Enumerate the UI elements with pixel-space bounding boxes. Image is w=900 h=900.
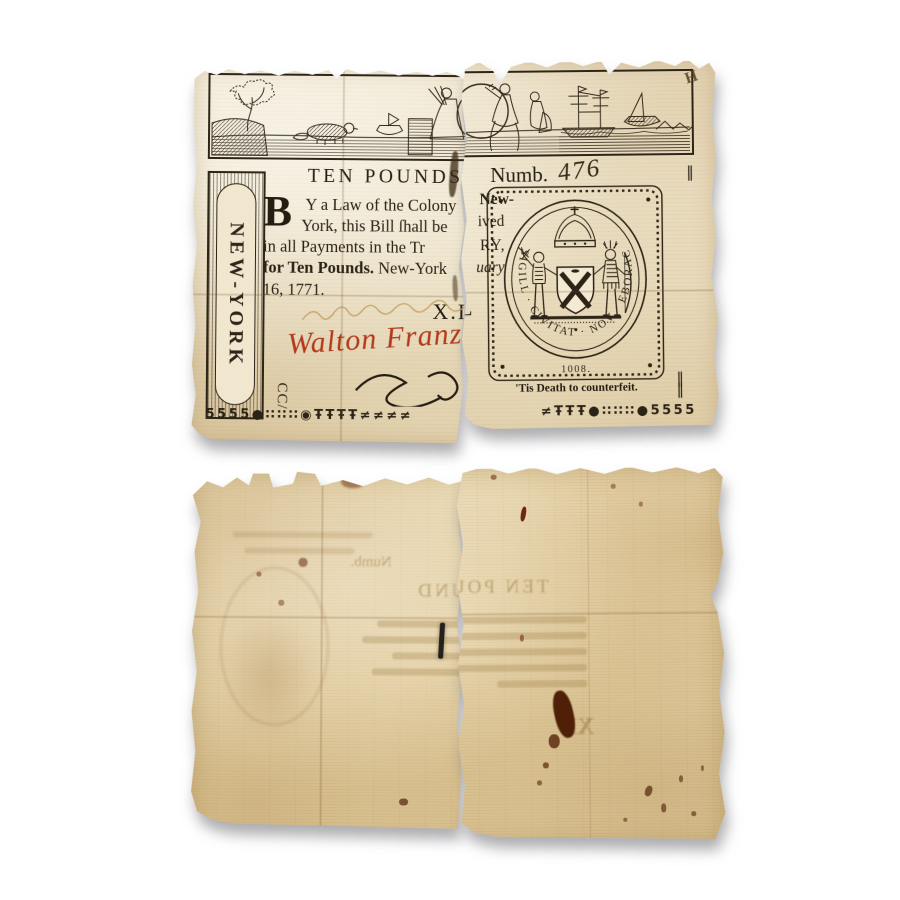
stain: [679, 775, 683, 782]
body-line: for Ten Pounds. New-York: [263, 257, 447, 279]
front-right-fragment: NEW-YORK TEN POUNDS Numb. 476 ‖ B Y a La…: [459, 57, 719, 432]
vignette-engraving: [459, 71, 692, 158]
stain: [278, 600, 284, 606]
body-line-fraktur: for Ten Pounds.: [263, 257, 374, 277]
ghost-text-bar: [455, 616, 587, 625]
stain: [221, 611, 317, 742]
stain: [299, 558, 308, 567]
divider-mark: ‖ ‖: [676, 373, 684, 395]
stain: [701, 765, 704, 771]
numb-label: Numb.: [490, 162, 548, 187]
back-paper-surface: Numb. TEN POUND XL: [191, 471, 463, 829]
vignette-frame: [459, 69, 694, 160]
ornament-left: 5555●∷∷∷◉ŦŦŦŦ≠≠≠≠: [206, 407, 414, 424]
front-paper-surface: NEW-YORK TEN POUNDS Numb. 476 ‖ B Y a La…: [459, 61, 719, 432]
ghost-text-bar: [455, 664, 588, 673]
serial-number: 476: [556, 154, 603, 188]
drop-cap: B: [263, 192, 292, 232]
seal: SIGILL · CIVITAT · NOV · EBORAC: [484, 183, 666, 383]
stain: [643, 785, 653, 798]
body-line-rest: New-York: [374, 258, 447, 278]
stain: [520, 635, 524, 642]
counterfeit-warning: 'Tis Death to counterfeit.: [482, 381, 670, 395]
ghost-text-bar: [455, 648, 587, 657]
vignette-engraving: [210, 75, 467, 161]
stain: [491, 475, 497, 480]
divider-mark-glyph: ‖: [676, 380, 684, 398]
stain: [623, 818, 627, 822]
seal-number: 1008.: [561, 364, 591, 375]
stain: [611, 484, 616, 489]
ghost-text-bar: [377, 620, 463, 628]
stain: [543, 762, 549, 768]
ghost-text-bar: [233, 531, 373, 538]
divider-mark: ‖: [686, 163, 694, 181]
countersign: CC/: [273, 382, 290, 409]
stain: [691, 811, 696, 816]
stain: [520, 506, 527, 522]
stain: [256, 572, 261, 577]
ghost-title: TEN POUND: [455, 576, 622, 600]
note-title: TEN POUNDS: [459, 163, 480, 187]
ghost-text-bar: [497, 680, 587, 688]
stain: [639, 502, 643, 507]
front-left-fragment-shadow: NEW-YORK TEN POUNDS Numb. 476 ‖ B Y a La…: [191, 65, 466, 443]
front-right-fragment-shadow: NEW-YORK TEN POUNDS Numb. 476 ‖ B Y a La…: [459, 57, 719, 432]
back-left-fragment-shadow: Numb. TEN POUND XL: [191, 471, 463, 829]
back-paper-surface: Numb. TEN POUND XL: [455, 467, 726, 841]
banknote-front: NEW-YORK TEN POUNDS Numb. 476 ‖ B Y a La…: [193, 56, 719, 452]
body-line: Y a Law of the Colony: [305, 195, 456, 216]
dark-signature-flourish: [350, 362, 467, 407]
product-photo: NEW-YORK TEN POUNDS Numb. 476 ‖ B Y a La…: [0, 0, 900, 900]
ghost-text-bar: [362, 636, 463, 644]
ornament-right: ≠ŦŦŦ●∷∷∷●5555: [541, 403, 697, 420]
banknote-back: Numb. TEN POUND XL: [192, 462, 726, 854]
stain: [549, 734, 560, 748]
seal-engraving: SIGILL · CIVITAT · NOV · EBORAC: [484, 183, 666, 383]
ghost-imprint: Numb. TEN POUND XL: [341, 550, 463, 782]
stain: [341, 474, 365, 488]
note-title: TEN POUNDS: [290, 166, 467, 190]
ghost-imprint: Numb. TEN POUND XL: [455, 546, 623, 778]
stain: [661, 803, 666, 812]
ghost-text-bar: [245, 547, 355, 554]
front-left-fragment: NEW-YORK TEN POUNDS Numb. 476 ‖ B Y a La…: [191, 65, 466, 443]
stain: [537, 780, 542, 785]
stain: [399, 798, 408, 805]
body-line: York, this Bill ſhall be: [301, 216, 448, 237]
front-paper-surface: NEW-YORK TEN POUNDS Numb. 476 ‖ B Y a La…: [191, 65, 466, 443]
ornament-row: 5555●∷∷∷◉ŦŦŦŦ≠≠≠≠ ≠ŦŦŦ●∷∷∷●5555: [459, 403, 697, 423]
back-left-fragment: Numb. TEN POUND XL: [191, 471, 463, 829]
ghost-title: TEN POUND: [342, 580, 463, 604]
ghost-text-bar: [392, 652, 463, 660]
ghost-numb: Numb.: [350, 554, 391, 571]
ornament-row: 5555●∷∷∷◉ŦŦŦŦ≠≠≠≠ ≠ŦŦŦ●∷∷∷●5555: [206, 407, 467, 426]
back-right-fragment-shadow: Numb. TEN POUND XL: [455, 463, 726, 841]
ghost-text-bar: [372, 668, 463, 676]
back-right-fragment: Numb. TEN POUND XL: [455, 463, 726, 841]
vignette-frame: [208, 73, 467, 163]
